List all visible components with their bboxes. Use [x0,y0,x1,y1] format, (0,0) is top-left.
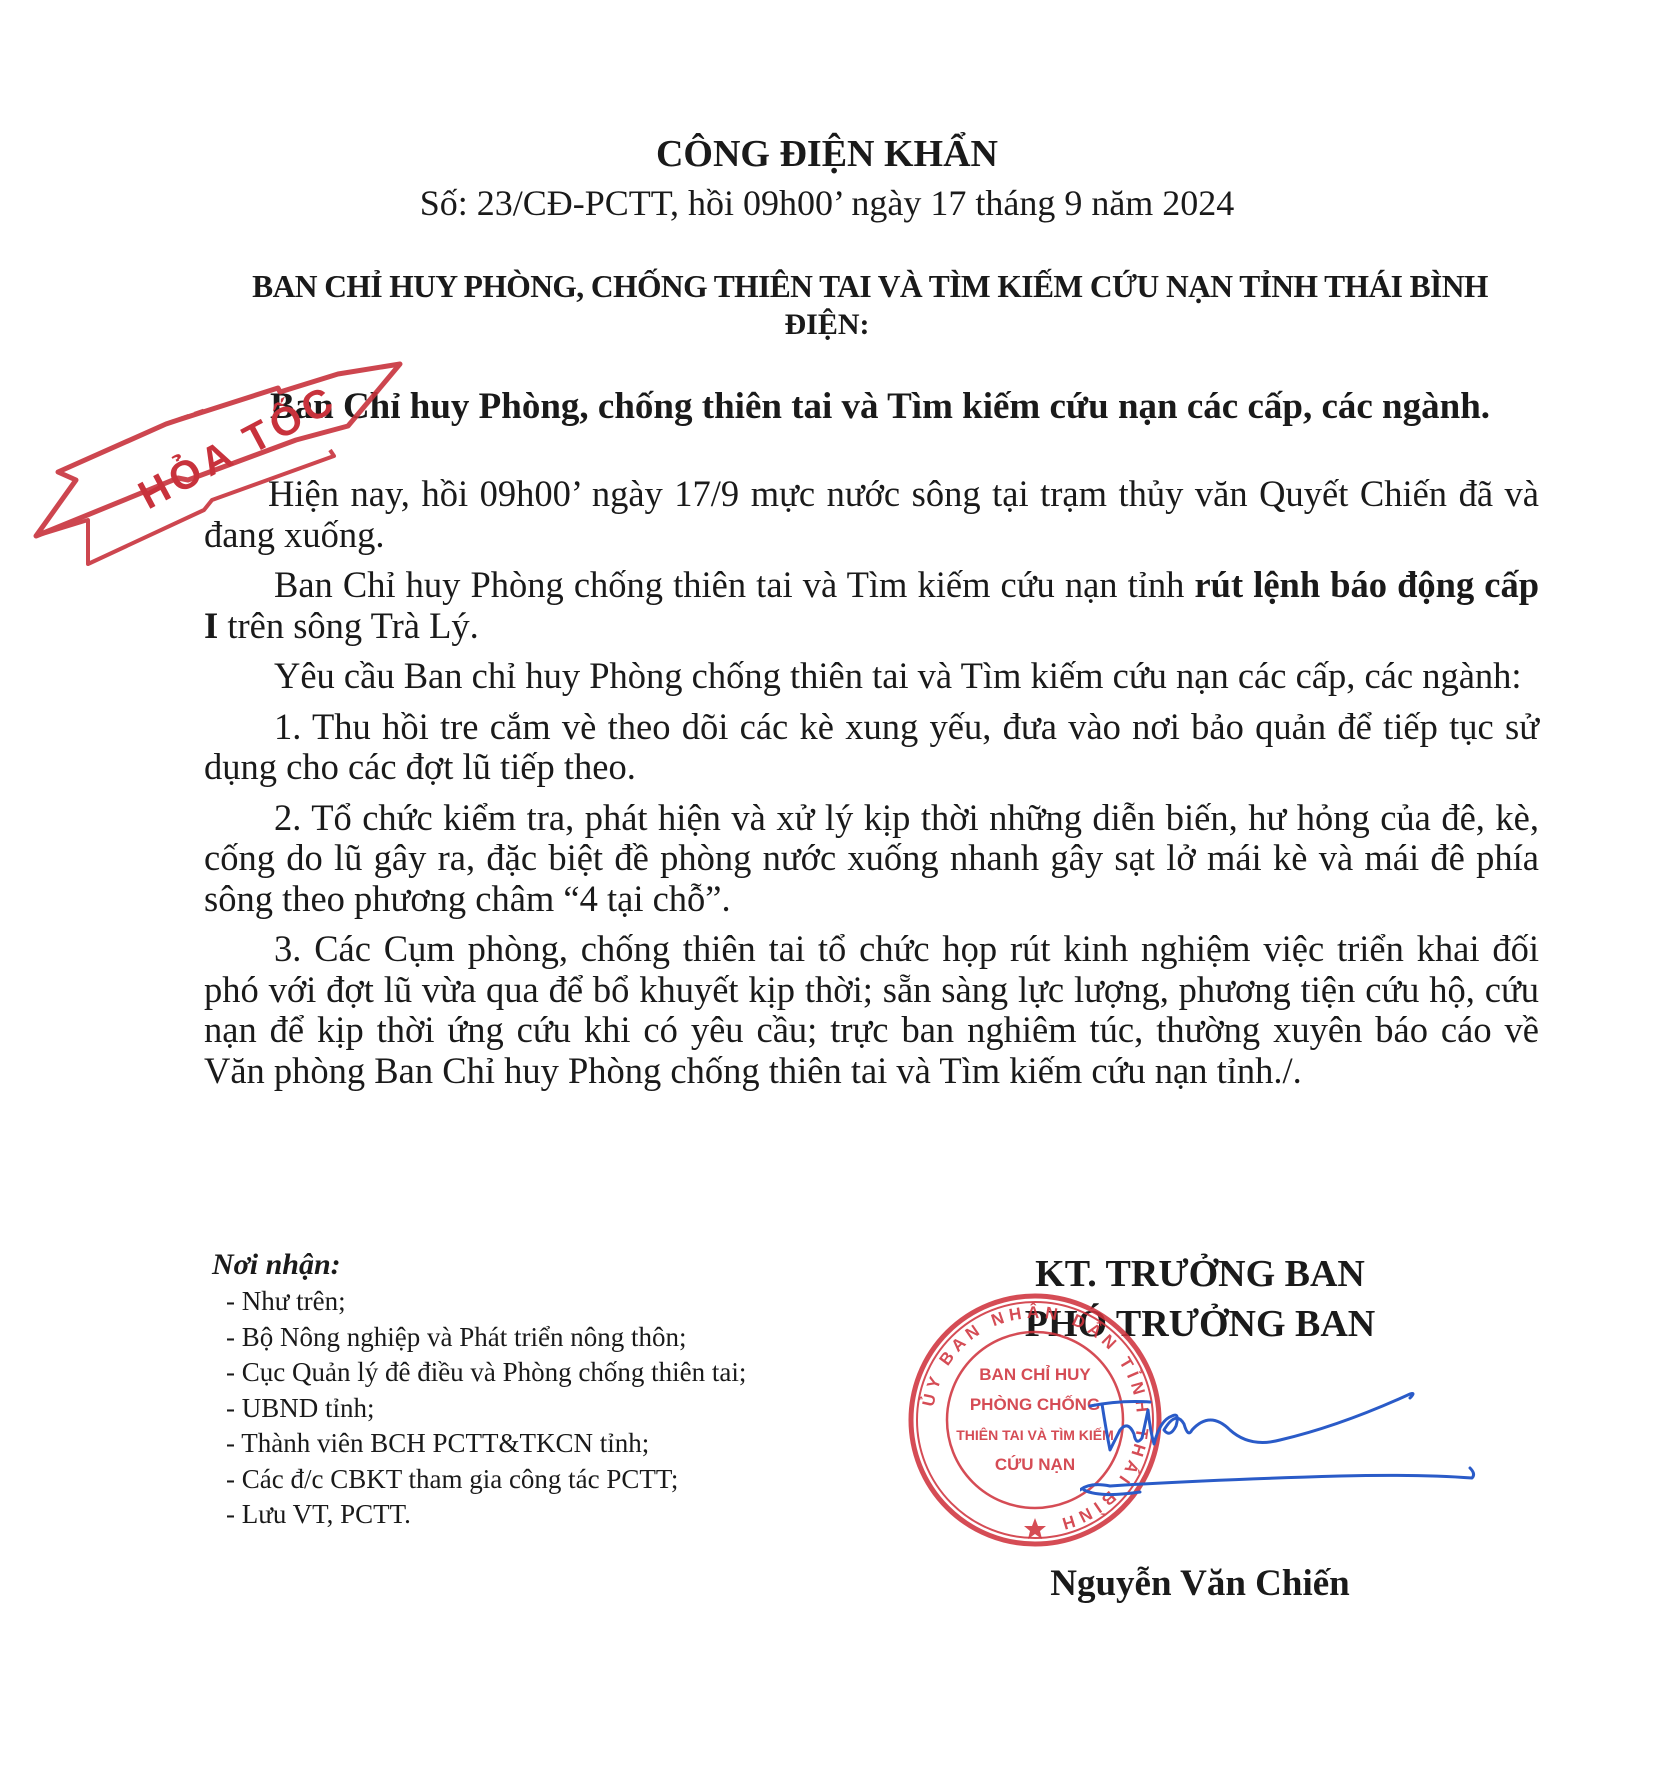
list-item: 1. Thu hồi tre cắm vè theo dõi các kè xu… [204,707,1539,788]
document-page: CÔNG ĐIỆN KHẨN Số: 23/CĐ-PCTT, hồi 09h00… [0,0,1654,1788]
addressee-line: Ban Chỉ huy Phòng, chống thiên tai và Tì… [230,385,1530,428]
handwritten-signature-icon [1080,1390,1480,1520]
issuing-authority: BAN CHỈ HUY PHÒNG, CHỐNG THIÊN TAI VÀ TÌ… [230,268,1511,305]
seal-center-line: THIÊN TAI VÀ TÌM KIẾM [956,1426,1114,1443]
dien-label: ĐIỆN: [0,308,1654,342]
list-item: 3. Các Cụm phòng, chống thiên tai tổ chứ… [204,929,1539,1091]
list-item: - Bộ Nông nghiệp và Phát triển nông thôn… [226,1320,746,1356]
seal-center-line: PHÒNG CHỐNG [970,1394,1100,1414]
paragraph-current-status: Hiện nay, hồi 09h00’ ngày 17/9 mực nước … [204,474,1539,555]
paragraph-request: Yêu cầu Ban chỉ huy Phòng chống thiên ta… [204,656,1539,697]
list-item: - UBND tỉnh; [226,1391,746,1427]
seal-center-line: CỨU NẠN [995,1455,1075,1474]
document-number: Số: 23/CĐ-PCTT, hồi 09h00’ ngày 17 tháng… [0,182,1654,224]
recipients-block: Nơi nhận: - Như trên; - Bộ Nông nghiệp v… [212,1248,746,1533]
list-item: - Các đ/c CBKT tham gia công tác PCTT; [226,1462,746,1498]
document-body: Hiện nay, hồi 09h00’ ngày 17/9 mực nước … [204,474,1539,1101]
document-title: CÔNG ĐIỆN KHẨN [0,132,1654,176]
list-item: - Cục Quản lý đê điều và Phòng chống thi… [226,1355,746,1391]
recipients-list: - Như trên; - Bộ Nông nghiệp và Phát tri… [212,1284,746,1533]
signer-title-line1: KT. TRƯỞNG BAN [960,1252,1440,1296]
list-item: - Thành viên BCH PCTT&TKCN tỉnh; [226,1426,746,1462]
paragraph-alert-withdrawal: Ban Chỉ huy Phòng chống thiên tai và Tìm… [204,565,1539,646]
list-item: 2. Tổ chức kiểm tra, phát hiện và xử lý … [204,798,1539,920]
seal-center-line: BAN CHỈ HUY [979,1365,1091,1384]
recipients-title: Nơi nhận: [212,1248,746,1282]
list-item: - Như trên; [226,1284,746,1320]
signer-name: Nguyễn Văn Chiến [960,1562,1440,1605]
signer-title-line2: PHÓ TRƯỞNG BAN [960,1302,1440,1346]
list-item: - Lưu VT, PCTT. [226,1497,746,1533]
